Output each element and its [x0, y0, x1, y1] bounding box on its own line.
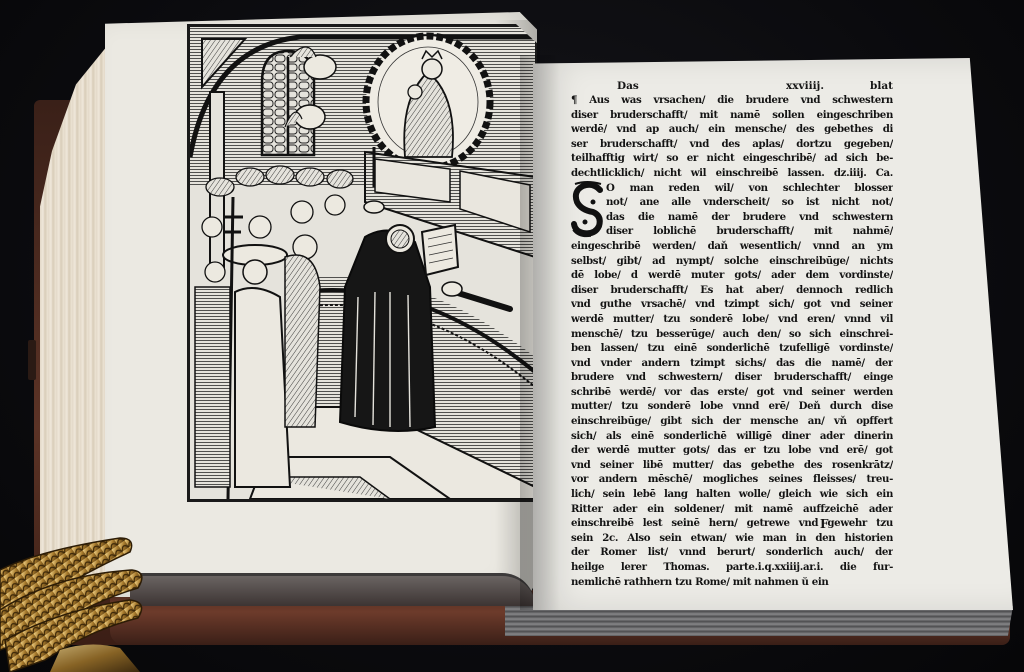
- blackletter-text-block: Das xxviiij. blat ¶ Aus was vrsachen/ di…: [571, 79, 893, 589]
- text-line: werdē/ vnd ap auch/ ein mensche/ des geb…: [571, 122, 893, 137]
- text-line: vor andern mēschē/ mogliches seines flei…: [571, 472, 893, 487]
- text-line: diser bruderschafft/ mit namē sollen ein…: [571, 108, 893, 123]
- text-line: selbst/ gibt/ ad nympt/ solche einschrei…: [571, 254, 893, 269]
- page-block-bottom-edge: [505, 606, 1013, 636]
- text-line: vnd seiner libē mutter/ das gebethe des …: [571, 458, 893, 473]
- text-line: not/ ane alle vnderscheit/ so ist nicht …: [571, 195, 893, 210]
- text-line: diser bruderschafft/ Es hat aber/ dennoc…: [571, 283, 893, 298]
- text-line: einschreibē lest seinē hern/ getrewe vnd…: [571, 516, 893, 531]
- text-line: heilge lerer Thomas. parte.i.q.xxiiij.ar…: [571, 560, 893, 575]
- text-line: ser bruderschafft/ vnd des aplas/ dortzu…: [571, 137, 893, 152]
- running-header: Das xxviiij. blat: [571, 79, 893, 93]
- text-line: O man reden wil/ von schlechter blosser: [571, 181, 893, 196]
- decorated-initial-s-icon: [571, 180, 604, 238]
- woodcut-illustration: [187, 24, 537, 502]
- text-line: sein 2c. Also sein etwan/ wie man in den…: [571, 531, 893, 546]
- text-line: nemlichē rathhern tzu Rome/ mit nahmen ŭ…: [571, 575, 893, 590]
- photo-scene: Das xxviiij. blat ¶ Aus was vrsachen/ di…: [0, 0, 1024, 672]
- folio-number: xxviiij.: [786, 79, 824, 93]
- book-gutter-shadow: [520, 55, 560, 610]
- text-line: eingeschribē werden/ daň wesentlich/ vnn…: [571, 239, 893, 254]
- folio-label: blat: [870, 79, 893, 93]
- text-line: dechtlicklich/ nicht wil einschreibē las…: [571, 166, 893, 181]
- text-line: menschē/ tzu besserūge/ auch den/ so sic…: [571, 327, 893, 342]
- text-line: ben lassen/ tzu einē sonderlichē tzufell…: [571, 341, 893, 356]
- text-line: lich/ sein lebē lang halten wolle/ gleic…: [571, 487, 893, 502]
- text-line: der werdē mutter gots/ das er tzu lobe v…: [571, 443, 893, 458]
- text-line: teilhafftig wirt/ so er nicht eingeschri…: [571, 151, 893, 166]
- text-line: vnd guthe vrsachē/ vnd tzimpt sich/ got …: [571, 297, 893, 312]
- text-line: brudere vnd schwestern/ diser bruderscha…: [571, 370, 893, 385]
- text-line: schribē werdē/ vor das erste/ got vnd se…: [571, 385, 893, 400]
- text-line: ¶ Aus was vrsachen/ die brudere vnd schw…: [571, 93, 893, 108]
- text-line: dē lobe/ d werdē muter gots/ ader dem vo…: [571, 268, 893, 283]
- text-line: werdē mutter/ tzu sonderē lobe/ vnd eren…: [571, 312, 893, 327]
- text-line: sich/ als einē sonderlichē willigē diner…: [571, 429, 893, 444]
- woodcut-drawing: [190, 27, 535, 499]
- text-line: mutter/ tzu sonderē lobe vnnd erē/ Deň d…: [571, 399, 893, 414]
- text-line: der Romer list/ vnnd berurt/ sonderlich …: [571, 545, 893, 560]
- catchword: F: [820, 517, 829, 531]
- left-page-curled-edge: [130, 573, 535, 606]
- text-line: vnd vnder andern tzimpt sichs/ das die n…: [571, 356, 893, 371]
- text-line: das die namē der brudere vnd schwestern: [571, 210, 893, 225]
- running-title: Das: [617, 79, 639, 93]
- clasp-fastening: [28, 340, 36, 380]
- gilt-hand-ornament-icon: [0, 530, 160, 672]
- text-line: diser loblichē bruderschafft/ mit nahmē/: [571, 224, 893, 239]
- text-line: Ritter ader ein soldener/ mit namē auffz…: [571, 502, 893, 517]
- text-line: einschreibūge/ gibt sich der mensche an/…: [571, 414, 893, 429]
